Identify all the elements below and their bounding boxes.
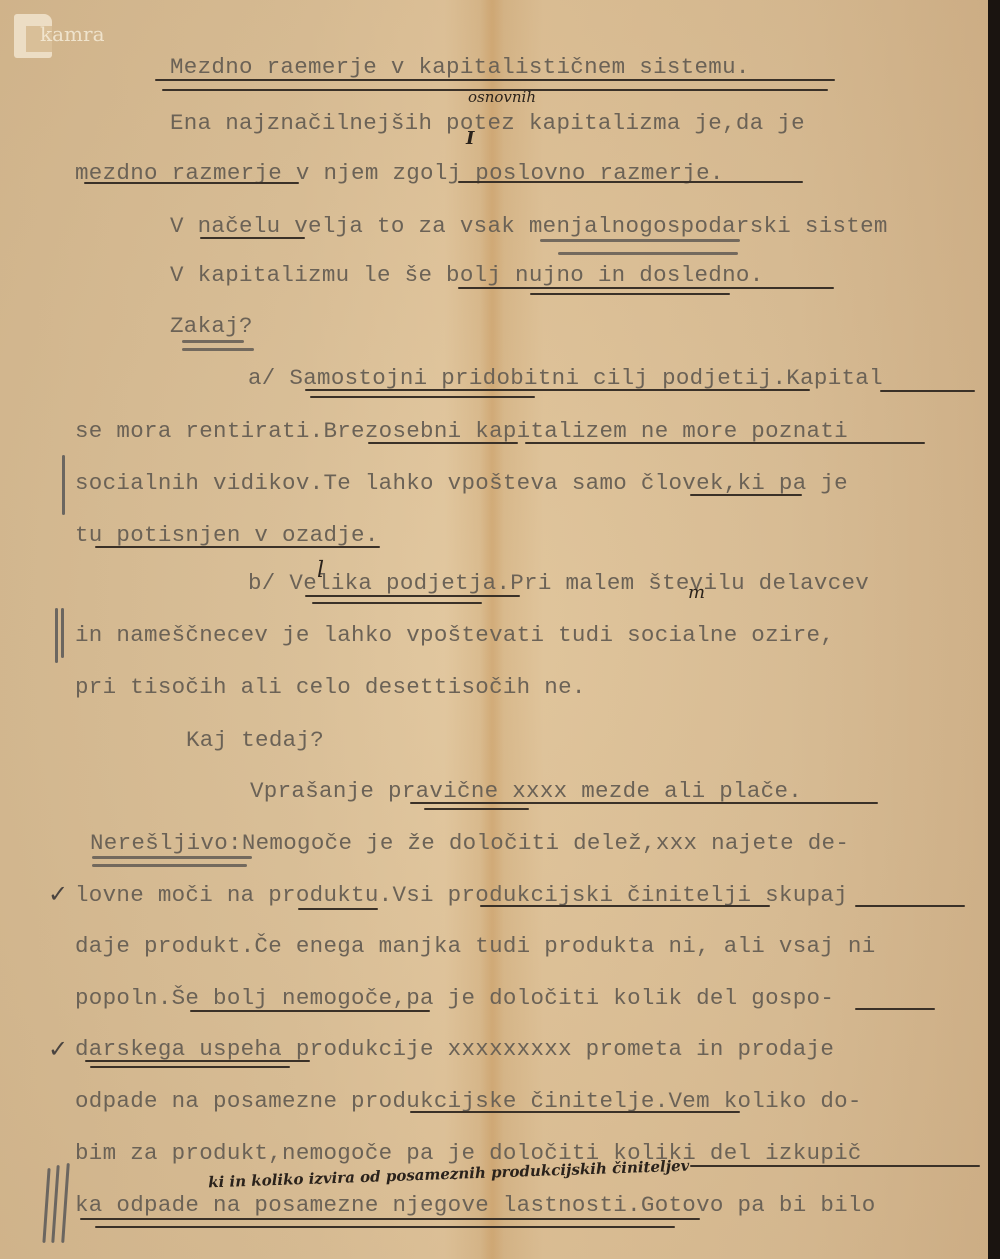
text-line-7: se mora rentirati.Brezosebni kapitalizem…	[75, 418, 848, 444]
text-line-12: pri tisočih ali celo desettisočih ne.	[75, 674, 586, 700]
underline	[855, 905, 965, 907]
underline	[298, 908, 378, 910]
underline	[410, 1111, 740, 1113]
underline	[310, 396, 535, 398]
pencil-underline	[182, 348, 254, 351]
margin-bar	[51, 1165, 59, 1243]
text-line-10: b/ Velika podjetja.Pri malem številu del…	[248, 570, 869, 596]
underline	[95, 1226, 675, 1228]
pencil-underline	[92, 864, 247, 867]
underline	[305, 389, 810, 391]
title-underline	[155, 79, 835, 81]
underline	[84, 182, 299, 184]
text-line-18: popoln.Še bolj nemogoče,pa je določiti k…	[75, 985, 834, 1011]
text-line-22: ka odpade na posamezne njegove lastnosti…	[75, 1192, 876, 1218]
underline	[312, 602, 482, 604]
underline	[855, 1008, 935, 1010]
underline	[200, 237, 305, 239]
text-line-9: tu potisnjen v ozadje.	[75, 522, 379, 548]
margin-bar	[62, 455, 65, 515]
text-line-21: bim za produkt,nemogoče pa je določiti k…	[75, 1140, 862, 1166]
margin-bar	[61, 608, 64, 658]
margin-bar	[61, 1163, 70, 1243]
underline	[525, 442, 925, 444]
text-line-19: darskega uspeha produkcije xxxxxxxxx pro…	[75, 1036, 834, 1062]
logo-text: kamra	[40, 22, 105, 46]
pencil-underline	[182, 340, 244, 343]
pencil-underline	[558, 252, 738, 255]
text-line-5: Zakaj?	[170, 313, 253, 339]
handwritten-correction: m	[688, 582, 705, 603]
handwritten-correction: l	[317, 558, 324, 583]
underline	[458, 181, 803, 183]
underline	[480, 905, 770, 907]
underline	[880, 390, 975, 392]
handwritten-annotation: osnovnih	[468, 88, 536, 106]
document-title: Mezdno raemerje v kapitalističnem sistem…	[170, 54, 750, 80]
text-line-13: Kaj tedaj?	[186, 727, 324, 753]
text-line-15: Nerešljivo:Nemogoče je že določiti delež…	[90, 830, 849, 856]
underline	[690, 1165, 980, 1167]
text-line-3: V načelu velja to za vsak menjalnogospod…	[170, 213, 888, 239]
document-page: kamra Mezdno raemerje v kapitalističnem …	[0, 0, 988, 1259]
kamra-logo: kamra	[14, 14, 124, 58]
checkmark-icon: ✓	[48, 880, 68, 908]
underline	[90, 1066, 290, 1068]
underline	[85, 1060, 310, 1062]
underline	[305, 595, 520, 597]
text-line-11: in nameščnecev je lahko vpoštevati tudi …	[75, 622, 834, 648]
text-line-4: V kapitalizmu le še bolj nujno in dosled…	[170, 262, 764, 288]
underline	[530, 293, 730, 295]
underline	[410, 802, 878, 804]
underline	[458, 287, 834, 289]
underline	[80, 1218, 700, 1220]
text-line-17: daje produkt.Če enega manjka tudi produk…	[75, 933, 876, 959]
text-line-6: a/ Samostojni pridobitni cilj podjetij.K…	[248, 365, 883, 391]
checkmark-icon: ✓	[48, 1035, 68, 1063]
text-line-8: socialnih vidikov.Te lahko vpošteva samo…	[75, 470, 848, 496]
underline	[368, 442, 518, 444]
pencil-underline	[540, 239, 740, 242]
underline	[690, 494, 802, 496]
underline	[95, 546, 380, 548]
margin-bar	[42, 1168, 50, 1243]
text-line-1: Ena najznačilnejših potez kapitalizma je…	[170, 110, 805, 136]
underline	[424, 808, 529, 810]
pencil-underline	[92, 856, 252, 859]
text-line-14: Vprašanje pravične xxxx mezde ali plače.	[250, 778, 802, 804]
underline	[190, 1010, 430, 1012]
margin-bar	[55, 608, 58, 663]
